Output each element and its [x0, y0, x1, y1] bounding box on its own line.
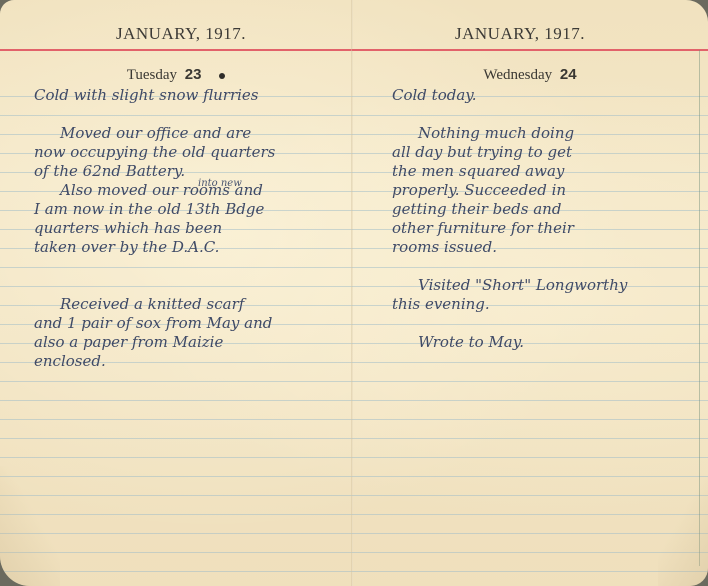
entry-line: all day but trying to get [392, 143, 708, 162]
entry-line [392, 257, 708, 276]
entry-line: Cold with slight snow flurries [34, 86, 352, 105]
entry-line: of the 62nd Battery. [34, 162, 352, 181]
page-corner-shading [0, 466, 60, 586]
entry-line: Also moved our rooms and [34, 181, 352, 200]
right-page: JANUARY, 1917. Wednesday 24 Cold today. … [352, 0, 708, 586]
day-name: Wednesday [483, 67, 552, 83]
entry-line: and 1 pair of sox from May and [34, 314, 352, 333]
insertion-note: into new [198, 178, 242, 189]
month-header: JANUARY, 1917. [0, 24, 352, 44]
day-number: 24 [560, 66, 577, 83]
entry-line: properly. Succeeded in [392, 181, 708, 200]
month-header: JANUARY, 1917. [352, 24, 708, 44]
entry-line: Received a knitted scarf [34, 295, 352, 314]
entry-line: this evening. [392, 295, 708, 314]
entry-line: quarters which has been [34, 219, 352, 238]
page-corner-shading [658, 476, 708, 586]
entry-line [392, 314, 708, 333]
entry-line: Cold today. [392, 86, 708, 105]
diary-spread: JANUARY, 1917. Tuesday 23 Cold with slig… [0, 0, 708, 586]
entry-line: Visited "Short" Longworthy [392, 276, 708, 295]
entry-line: enclosed. [34, 352, 352, 371]
entry-line: I am now in the old 13th Bdge [34, 200, 352, 219]
entry-line [34, 105, 352, 124]
entry-line: rooms issued. [392, 238, 708, 257]
entry-line: now occupying the old quarters [34, 143, 352, 162]
left-page: JANUARY, 1917. Tuesday 23 Cold with slig… [0, 0, 352, 586]
entry-line [34, 276, 352, 295]
entry-line: getting their beds and [392, 200, 708, 219]
entry-line: also a paper from Maizie [34, 333, 352, 352]
entry-line: the men squared away [392, 162, 708, 181]
day-header: Wednesday 24 [352, 66, 708, 84]
day-name: Tuesday [127, 67, 177, 83]
day-number: 23 [185, 66, 202, 83]
header-red-rule [0, 49, 352, 51]
entry-line [392, 105, 708, 124]
full-moon-icon [219, 73, 225, 79]
diary-entry: Cold with slight snow flurries Moved our… [0, 86, 352, 371]
day-header: Tuesday 23 [0, 66, 352, 84]
entry-line: Moved our office and are [34, 124, 352, 143]
entry-line: Nothing much doing [392, 124, 708, 143]
entry-line: other furniture for their [392, 219, 708, 238]
entry-line: taken over by the D.A.C. [34, 238, 352, 257]
diary-entry: Cold today. Nothing much doing all day b… [352, 86, 708, 352]
entry-line [34, 257, 352, 276]
header-red-rule [352, 49, 708, 51]
entry-line: Wrote to May. [392, 333, 708, 352]
